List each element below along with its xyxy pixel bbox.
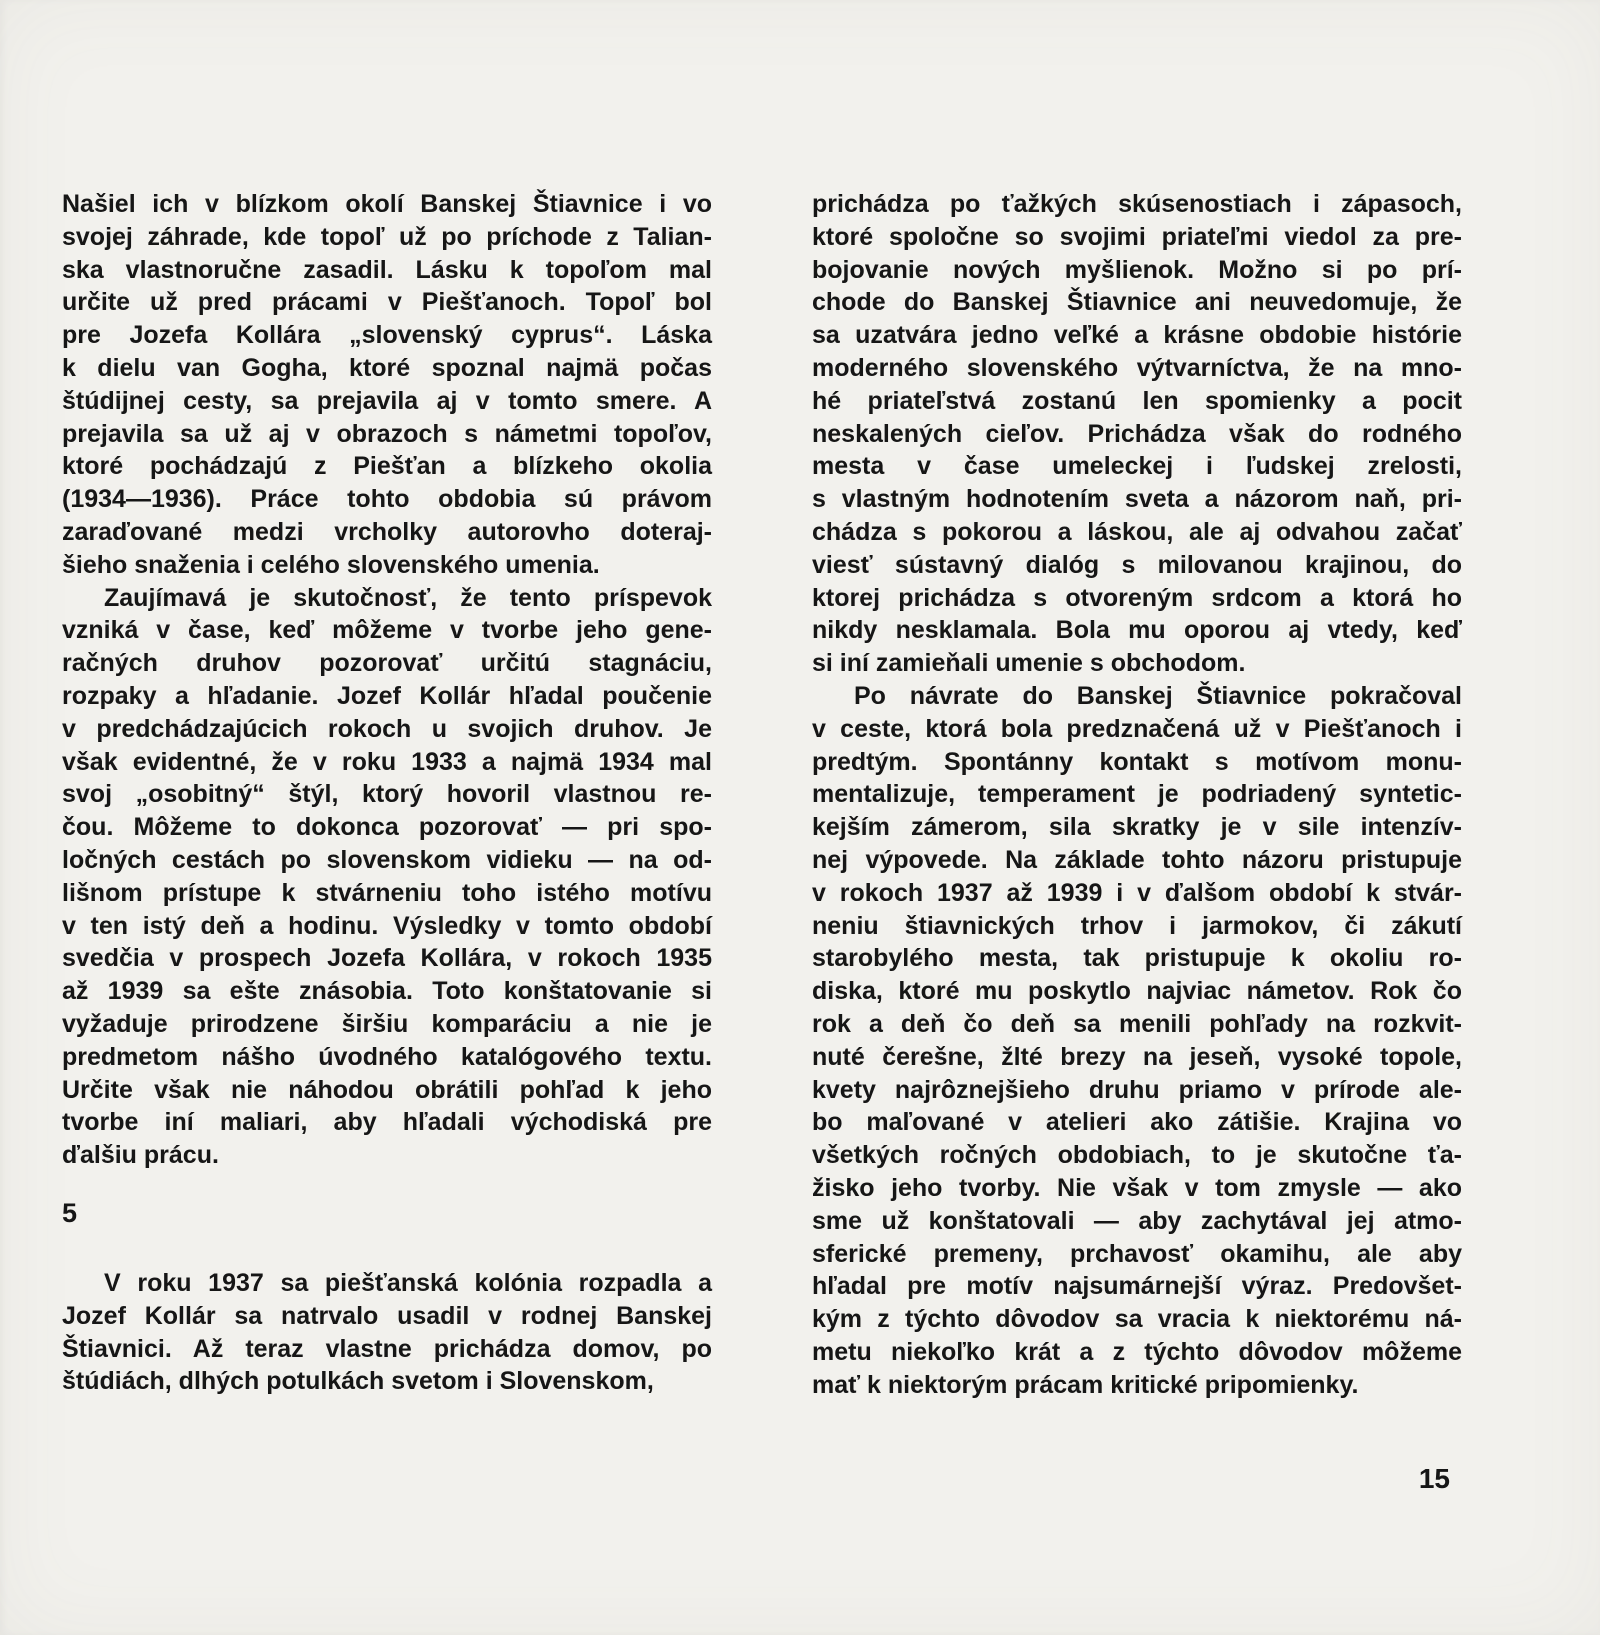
- text-line: mať k niektorým prácam kritické pripomie…: [812, 1369, 1462, 1402]
- text-line: račných druhov pozorovať určitú stagnáci…: [62, 647, 712, 680]
- text-line: lišnom prístupe k stvárneniu toho istého…: [62, 877, 712, 910]
- text-line: sferické premeny, prchavosť okamihu, ale…: [812, 1238, 1462, 1271]
- text-line: tvorbe iní maliari, aby hľadali východis…: [62, 1106, 712, 1139]
- text-line: predmetom nášho úvodného katalógového te…: [62, 1041, 712, 1074]
- text-line: vzniká v čase, keď môžeme v tvorbe jeho …: [62, 614, 712, 647]
- text-line: Jozef Kollár sa natrvalo usadil v rodnej…: [62, 1300, 712, 1333]
- text-line: neskalených cieľov. Prichádza však do ro…: [812, 418, 1462, 451]
- text-line: bo maľované v atelieri ako zátišie. Kraj…: [812, 1106, 1462, 1139]
- text-line: nej výpovede. Na základe tohto názoru pr…: [812, 844, 1462, 877]
- text-line: Zaujímavá je skutočnosť, že tento príspe…: [62, 582, 712, 615]
- left-column: Našiel ich v blízkom okolí Banskej Štiav…: [62, 188, 712, 1398]
- paragraph: Našiel ich v blízkom okolí Banskej Štiav…: [62, 188, 712, 582]
- text-line: zaraďované medzi vrcholky autorovho dote…: [62, 516, 712, 549]
- paragraph: Po návrate do Banskej Štiavnice pokračov…: [812, 680, 1462, 1402]
- text-line: v rokoch 1937 až 1939 i v ďalšom období …: [812, 877, 1462, 910]
- text-line: svoj „osobitný“ štýl, ktorý hovoril vlas…: [62, 778, 712, 811]
- text-line: si iní zamieňali umenie s obchodom.: [812, 647, 1462, 680]
- text-line: Našiel ich v blízkom okolí Banskej Štiav…: [62, 188, 712, 221]
- text-line: viesť sústavný dialóg s milovanou krajin…: [812, 549, 1462, 582]
- text-line: ktoré spoločne so svojimi priateľmi vied…: [812, 221, 1462, 254]
- text-line: mentalizuje, temperament je podriadený s…: [812, 778, 1462, 811]
- text-line: s vlastným hodnotením sveta a názorom na…: [812, 483, 1462, 516]
- text-line: ločných cestách po slovenskom vidieku — …: [62, 844, 712, 877]
- text-line: diska, ktoré mu poskytlo najviac námetov…: [812, 975, 1462, 1008]
- text-line: (1934—1936). Práce tohto obdobia sú práv…: [62, 483, 712, 516]
- right-column: prichádza po ťažkých skúsenostiach i záp…: [812, 188, 1462, 1401]
- text-line: rok a deň čo deň sa menili pohľady na ro…: [812, 1008, 1462, 1041]
- text-line: predtým. Spontánny kontakt s motívom mon…: [812, 746, 1462, 779]
- text-line: v ceste, ktorá bola predznačená už v Pie…: [812, 713, 1462, 746]
- text-line: štúdiách, dlhých potulkách svetom i Slov…: [62, 1365, 712, 1398]
- text-line: ktorej prichádza s otvoreným srdcom a kt…: [812, 582, 1462, 615]
- text-line: Určite však nie náhodou obrátili pohľad …: [62, 1074, 712, 1107]
- paragraph: prichádza po ťažkých skúsenostiach i záp…: [812, 188, 1462, 680]
- text-line: metu niekoľko krát a z týchto dôvodov mô…: [812, 1336, 1462, 1369]
- text-line: Po návrate do Banskej Štiavnice pokračov…: [812, 680, 1462, 713]
- text-line: starobylého mesta, tak pristupuje k okol…: [812, 942, 1462, 975]
- text-line: svedčia v prospech Jozefa Kollára, v rok…: [62, 942, 712, 975]
- text-line: neniu štiavnických trhov i jarmokov, či …: [812, 910, 1462, 943]
- paragraph: V roku 1937 sa piešťanská kolónia rozpad…: [62, 1267, 712, 1398]
- text-line: šieho snaženia i celého slovenského umen…: [62, 549, 712, 582]
- text-line: moderného slovenského výtvarníctva, že n…: [812, 352, 1462, 385]
- text-line: V roku 1937 sa piešťanská kolónia rozpad…: [62, 1267, 712, 1300]
- text-line: prichádza po ťažkých skúsenostiach i záp…: [812, 188, 1462, 221]
- text-line: štúdijnej cesty, sa prejavila aj v tomto…: [62, 385, 712, 418]
- section-number: 5: [62, 1197, 712, 1230]
- text-line: k dielu van Gogha, ktoré spoznal najmä p…: [62, 352, 712, 385]
- text-line: chode do Banskej Štiavnice ani neuvedomu…: [812, 286, 1462, 319]
- text-line: všetkých ročných obdobiach, to je skutoč…: [812, 1139, 1462, 1172]
- text-line: čou. Môžeme to dokonca pozorovať — pri s…: [62, 811, 712, 844]
- text-line: kvety najrôznejšieho druhu priamo v prír…: [812, 1074, 1462, 1107]
- text-line: hľadal pre motív najsumárnejší výraz. Pr…: [812, 1270, 1462, 1303]
- text-line: vyžaduje prirodzene širšiu komparáciu a …: [62, 1008, 712, 1041]
- text-line: žisko jeho tvorby. Nie však v tom zmysle…: [812, 1172, 1462, 1205]
- text-line: chádza s pokorou a láskou, ale aj odvaho…: [812, 516, 1462, 549]
- text-line: bojovanie nových myšlienok. Možno si po …: [812, 254, 1462, 287]
- text-line: kým z týchto dôvodov sa vracia k niektor…: [812, 1303, 1462, 1336]
- text-line: sme už konštatovali — aby zachytával jej…: [812, 1205, 1462, 1238]
- text-line: určite už pred prácami v Piešťanoch. Top…: [62, 286, 712, 319]
- page-number: 15: [812, 1462, 1450, 1495]
- text-line: svojej záhrade, kde topoľ už po príchode…: [62, 221, 712, 254]
- text-line: rozpaky a hľadanie. Jozef Kollár hľadal …: [62, 680, 712, 713]
- text-line: Štiavnici. Až teraz vlastne prichádza do…: [62, 1333, 712, 1366]
- text-line: ktoré pochádzajú z Piešťan a blízkeho ok…: [62, 450, 712, 483]
- text-line: až 1939 sa ešte znásobia. Toto konštatov…: [62, 975, 712, 1008]
- text-line: nikdy nesklamala. Bola mu oporou aj vted…: [812, 614, 1462, 647]
- text-line: sa uzatvára jedno veľké a krásne obdobie…: [812, 319, 1462, 352]
- text-line: ďalšiu prácu.: [62, 1139, 712, 1172]
- text-line: hé priateľstvá zostanú len spomienky a p…: [812, 385, 1462, 418]
- text-line: kejším zámerom, sila skratky je v sile i…: [812, 811, 1462, 844]
- text-line: pre Jozefa Kollára „slovenský cyprus“. L…: [62, 319, 712, 352]
- text-line: v predchádzajúcich rokoch u svojich druh…: [62, 713, 712, 746]
- text-line: ska vlastnoručne zasadil. Lásku k topoľo…: [62, 254, 712, 287]
- text-line: mesta v čase umeleckej i ľudskej zrelost…: [812, 450, 1462, 483]
- paragraph: Zaujímavá je skutočnosť, že tento príspe…: [62, 582, 712, 1172]
- text-line: nuté čerešne, žlté brezy na jeseň, vysok…: [812, 1041, 1462, 1074]
- text-line: v ten istý deň a hodinu. Výsledky v tomt…: [62, 910, 712, 943]
- text-line: prejavila sa už aj v obrazoch s námetmi …: [62, 418, 712, 451]
- text-line: však evidentné, že v roku 1933 a najmä 1…: [62, 746, 712, 779]
- book-page: Našiel ich v blízkom okolí Banskej Štiav…: [0, 0, 1600, 1635]
